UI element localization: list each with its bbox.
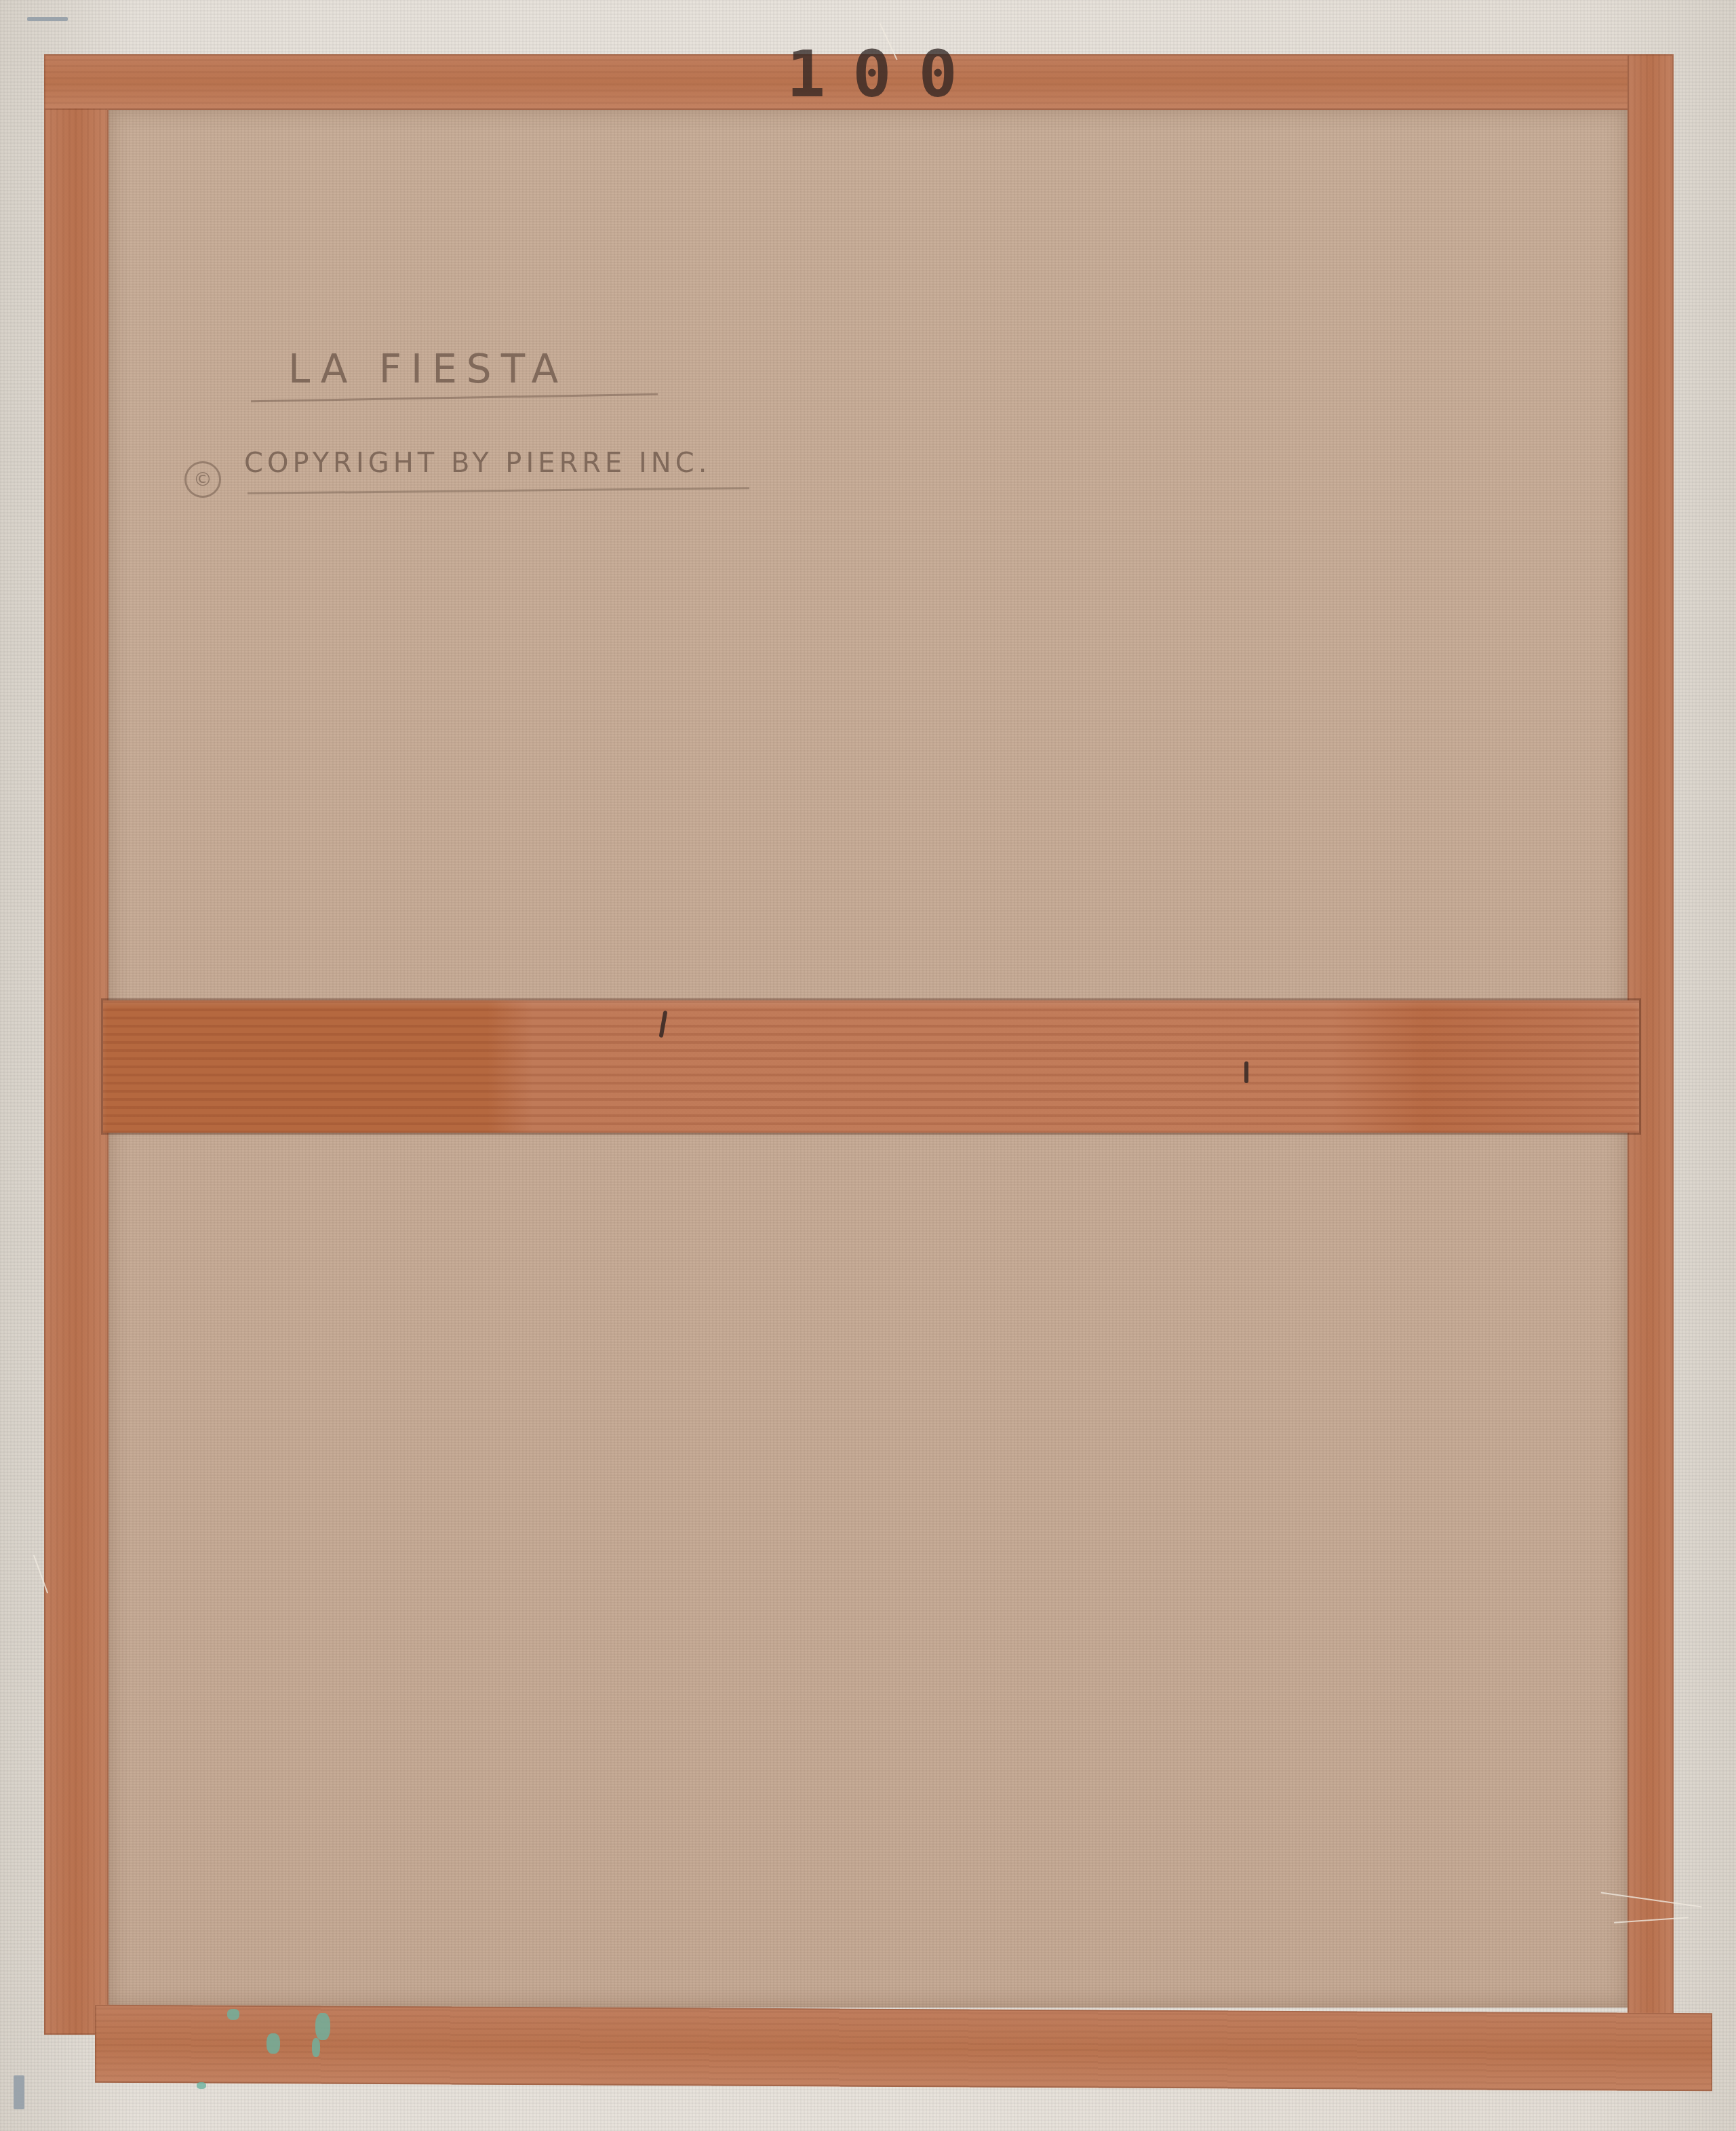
painting-title: LA FIESTA bbox=[288, 346, 568, 392]
stretcher-left-bar bbox=[44, 109, 108, 2035]
paint-residue bbox=[267, 2033, 280, 2054]
paint-residue bbox=[197, 2082, 206, 2089]
ink-mark bbox=[1244, 1061, 1248, 1083]
paint-residue bbox=[227, 2009, 239, 2020]
copyright-text: COPYRIGHT BY PIERRE INC. bbox=[244, 448, 711, 479]
stretcher-crossbar bbox=[103, 1000, 1639, 1133]
stretcher-bottom-bar bbox=[95, 2005, 1712, 2091]
paint-residue bbox=[312, 2038, 320, 2057]
staple bbox=[27, 17, 68, 21]
paint-residue bbox=[315, 2013, 330, 2040]
staple bbox=[14, 2075, 24, 2109]
copyright-symbol: © bbox=[184, 461, 221, 498]
stencil-number: 100 bbox=[787, 37, 985, 112]
